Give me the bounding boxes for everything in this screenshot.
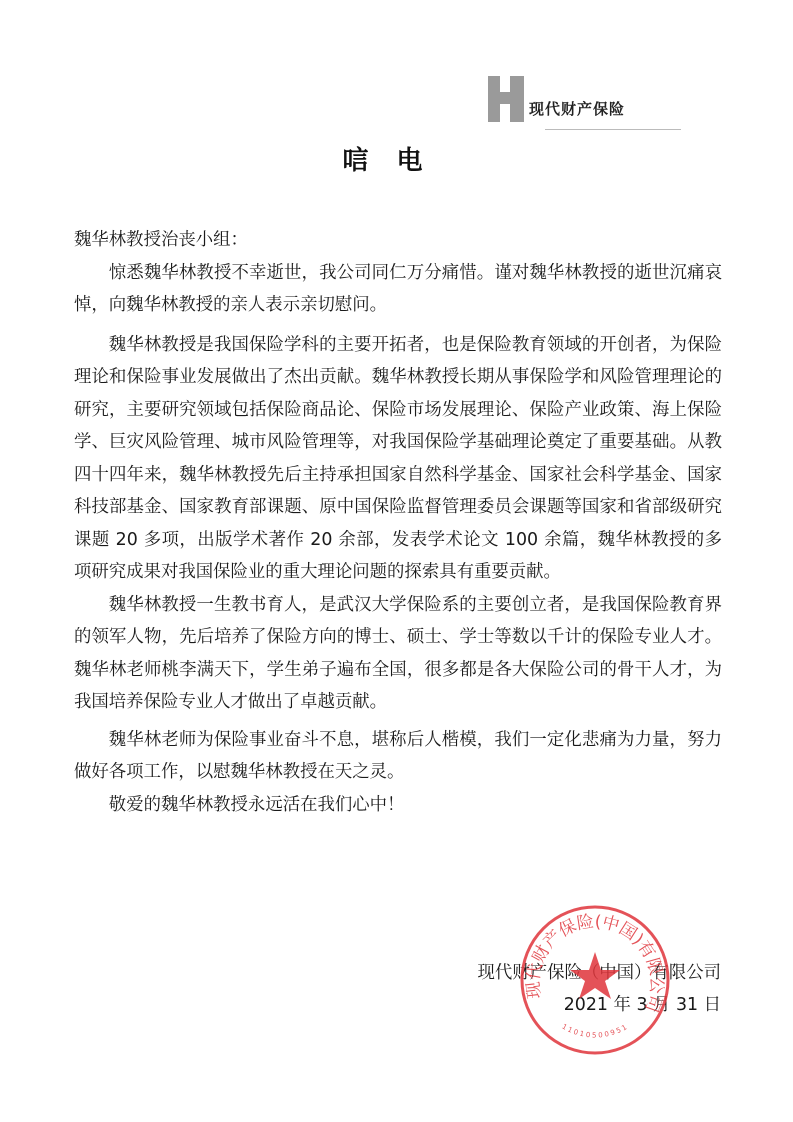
paragraph-closing: 敬爱的魏华林教授永远活在我们心中！ xyxy=(74,789,722,822)
letter-body: 魏华林教授治丧小组： 惊悉魏华林教授不幸逝世，我公司同仁万分痛惜。谨对魏华林教授… xyxy=(74,224,722,821)
signature-block: 现代财产保险（中国）有限公司 2021 年 3 月 31 日 xyxy=(478,957,721,1021)
paragraph-teaching-legacy: 魏华林教授一生教书育人，是武汉大学保险系的主要创立者，是我国保险教育界的领军人物… xyxy=(74,589,722,719)
paragraph-academic-contributions: 魏华林教授是我国保险学科的主要开拓者，也是保险教育领域的开创者，为保险理论和保险… xyxy=(74,329,722,589)
signature-company: 现代财产保险（中国）有限公司 xyxy=(478,957,721,989)
signature-date: 2021 年 3 月 31 日 xyxy=(478,989,721,1021)
logo-divider xyxy=(545,129,681,130)
logo-text: 现代财产保险 xyxy=(529,98,625,119)
company-logo: 现代财产保险 xyxy=(488,76,668,136)
paragraph-condolence: 惊悉魏华林教授不幸逝世，我公司同仁万分痛惜。谨对魏华林教授的逝世沉痛哀悼，向魏华… xyxy=(74,257,722,322)
document-title: 唁电 xyxy=(0,140,793,177)
salutation: 魏华林教授治丧小组： xyxy=(74,224,722,257)
logo-h-mark-icon xyxy=(488,76,524,122)
paragraph-tribute: 魏华林老师为保险事业奋斗不息，堪称后人楷模，我们一定化悲痛为力量，努力做好各项工… xyxy=(74,724,722,789)
